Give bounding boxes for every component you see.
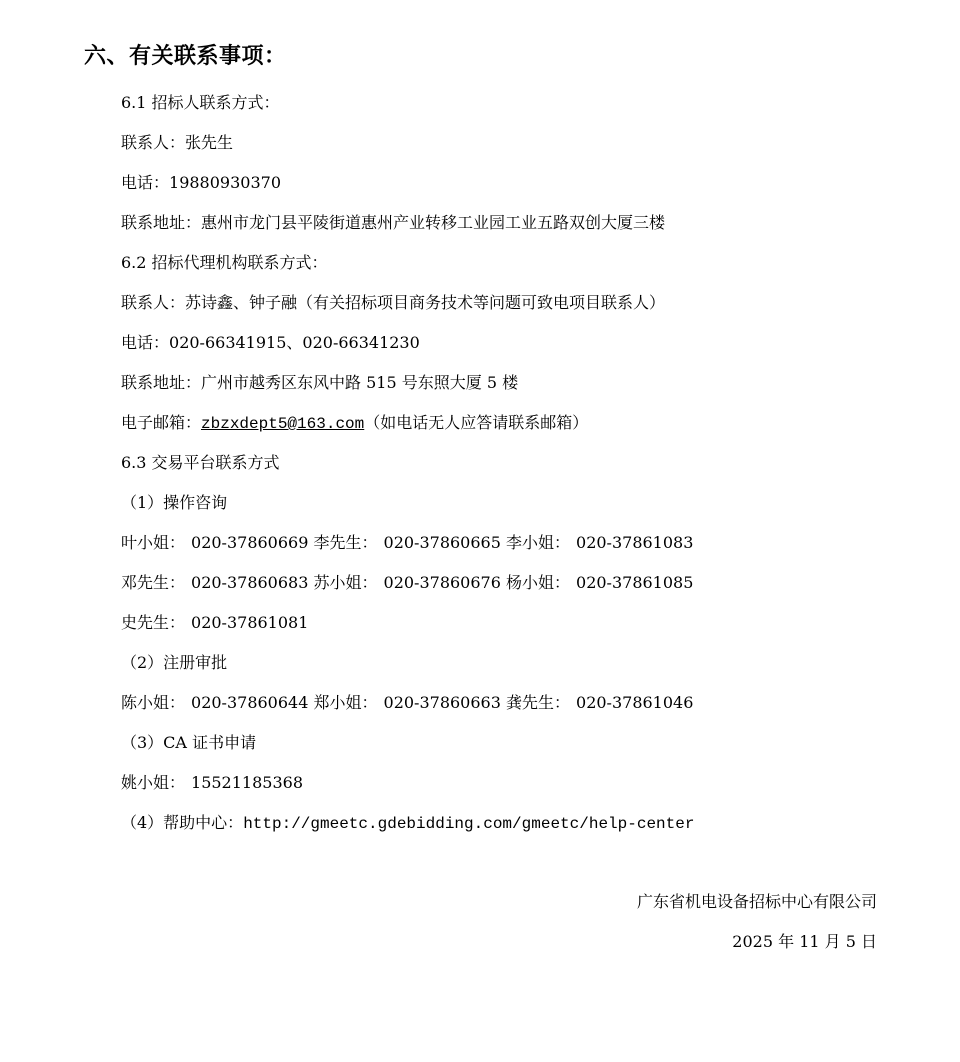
ca-title: （3）CA 证书申请	[121, 731, 256, 755]
agency-phone: 电话：020-66341915、020-66341230	[121, 331, 420, 355]
contact-phone: 020-37860683	[191, 573, 308, 592]
tenderer-contact-label: 联系人：	[121, 133, 185, 152]
contact-name: 叶小姐：	[121, 533, 185, 552]
agency-contact-value: 苏诗鑫、钟子融（有关招标项目商务技术等问题可致电项目联系人）	[185, 293, 665, 312]
contact-name: 李小姐：	[506, 533, 570, 552]
contact-phone: 020-37861081	[191, 613, 308, 632]
ca-row: 姚小姐：15521185368	[121, 771, 303, 795]
platform-title: 6.3 交易平台联系方式	[121, 451, 280, 475]
consult-title: （1）操作咨询	[121, 491, 227, 515]
agency-email: 电子邮箱：zbzxdept5@163.com（如电话无人应答请联系邮箱）	[121, 411, 588, 436]
contact-phone: 020-37861046	[576, 693, 693, 712]
tenderer-phone: 电话：19880930370	[121, 171, 281, 195]
agency-phone-label: 电话：	[121, 333, 169, 352]
help-center: （4）帮助中心：http://gmeetc.gdebidding.com/gme…	[121, 811, 694, 836]
contact-phone: 15521185368	[191, 773, 303, 792]
contact-phone: 020-37861083	[576, 533, 693, 552]
contact-name: 郑小姐：	[314, 693, 378, 712]
contact-name: 龚先生：	[506, 693, 570, 712]
help-center-label: （4）帮助中心：	[121, 813, 243, 832]
registration-row: 陈小姐：020-37860644 郑小姐：020-37860663 龚先生：02…	[121, 691, 693, 715]
tenderer-contact-value: 张先生	[185, 133, 233, 152]
tenderer-title: 6.1 招标人联系方式：	[121, 91, 280, 115]
contact-name: 邓先生：	[121, 573, 185, 592]
agency-address-value: 广州市越秀区东风中路 515 号东照大厦 5 楼	[201, 373, 518, 392]
consult-row: 史先生：020-37861081	[121, 611, 308, 635]
tenderer-address-value: 惠州市龙门县平陵街道惠州产业转移工业园工业五路双创大厦三楼	[201, 213, 665, 232]
registration-title: （2）注册审批	[121, 651, 227, 675]
contact-phone: 020-37860669	[191, 533, 308, 552]
contact-name: 史先生：	[121, 613, 185, 632]
consult-row: 叶小姐：020-37860669 李先生：020-37860665 李小姐：02…	[121, 531, 693, 555]
contact-name: 陈小姐：	[121, 693, 185, 712]
agency-contact-label: 联系人：	[121, 293, 185, 312]
contact-name: 李先生：	[314, 533, 378, 552]
agency-phone-value: 020-66341915、020-66341230	[169, 333, 420, 352]
signature-company: 广东省机电设备招标中心有限公司	[637, 890, 877, 914]
consult-row: 邓先生：020-37860683 苏小姐：020-37860676 杨小姐：02…	[121, 571, 693, 595]
agency-email-label: 电子邮箱：	[121, 413, 201, 432]
signature-date: 2025 年 11 月 5 日	[732, 930, 877, 954]
contact-phone: 020-37861085	[576, 573, 693, 592]
tenderer-phone-label: 电话：	[121, 173, 169, 192]
agency-email-link[interactable]: zbzxdept5@163.com	[201, 415, 364, 433]
tenderer-phone-value: 19880930370	[169, 173, 281, 192]
contact-name: 姚小姐：	[121, 773, 185, 792]
contact-phone: 020-37860644	[191, 693, 308, 712]
contact-phone: 020-37860665	[384, 533, 501, 552]
agency-address: 联系地址：广州市越秀区东风中路 515 号东照大厦 5 楼	[121, 371, 518, 395]
agency-contact: 联系人：苏诗鑫、钟子融（有关招标项目商务技术等问题可致电项目联系人）	[121, 291, 665, 315]
contact-name: 杨小姐：	[506, 573, 570, 592]
section-heading: 六、有关联系事项：	[84, 40, 287, 74]
contact-phone: 020-37860663	[384, 693, 501, 712]
help-center-url[interactable]: http://gmeetc.gdebidding.com/gmeetc/help…	[243, 815, 694, 833]
contact-name: 苏小姐：	[314, 573, 378, 592]
agency-address-label: 联系地址：	[121, 373, 201, 392]
tenderer-address: 联系地址：惠州市龙门县平陵街道惠州产业转移工业园工业五路双创大厦三楼	[121, 211, 665, 235]
tenderer-contact: 联系人：张先生	[121, 131, 233, 155]
contact-phone: 020-37860676	[384, 573, 501, 592]
agency-title: 6.2 招标代理机构联系方式：	[121, 251, 328, 275]
agency-email-note: （如电话无人应答请联系邮箱）	[364, 413, 588, 432]
tenderer-address-label: 联系地址：	[121, 213, 201, 232]
